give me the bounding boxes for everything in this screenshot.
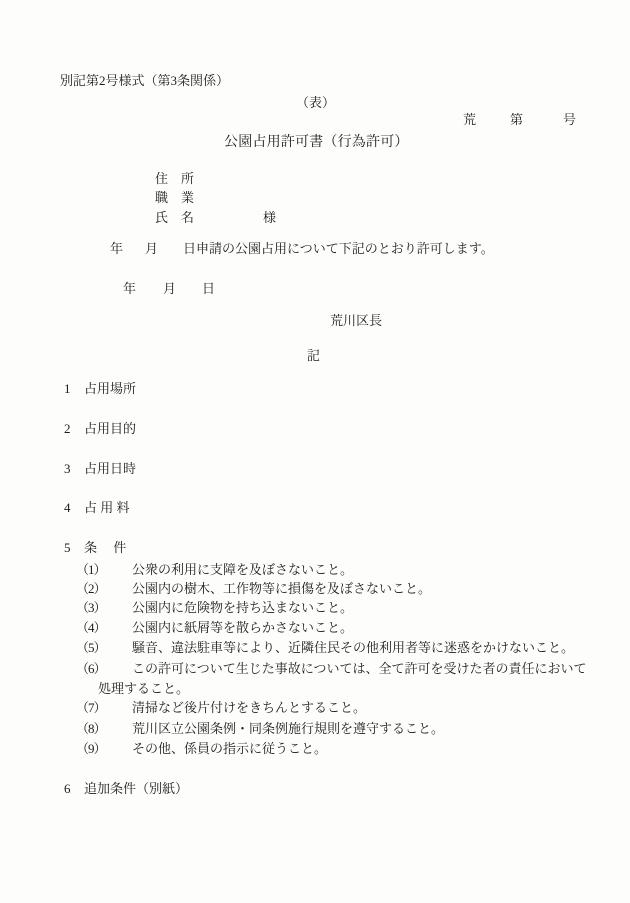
- document-number-go: 号: [563, 113, 576, 128]
- condition-row-8: （8） 荒川区立公園条例・同条例施行規則を遵守すること。: [76, 722, 444, 737]
- document-number-dai: 第: [510, 113, 523, 128]
- record-marker: 記: [307, 349, 320, 364]
- condition-text: 荒川区立公園条例・同条例施行規則を遵守すること。: [132, 722, 444, 737]
- application-year-label: 年: [110, 242, 123, 257]
- condition-number: （8）: [76, 722, 132, 737]
- condition-row-6: （6） この許可について生じた事故については、全て許可を受けた者の責任において: [76, 662, 586, 677]
- issue-day-label: 日: [202, 282, 215, 297]
- condition-text: 公園内の樹木、工作物等に損傷を及ぼさないこと。: [132, 582, 431, 597]
- condition-text: 清掃など後片付けをきちんとすること。: [132, 701, 366, 716]
- item-number: 2: [64, 422, 84, 437]
- condition-row-3: （3） 公園内に危険物を持ち込まないこと。: [76, 601, 353, 616]
- condition-number: （5）: [76, 641, 132, 656]
- condition-row-7: （7） 清掃など後片付けをきちんとすること。: [76, 701, 366, 716]
- item-label: 占用日時: [84, 462, 136, 477]
- item-label: 占 用 料: [84, 501, 130, 516]
- item-additional-conditions: 6 追加条件（別紙）: [64, 782, 188, 797]
- item-occupancy-datetime: 3 占用日時: [64, 462, 136, 477]
- condition-number: （9）: [76, 742, 132, 757]
- condition-text: 公園内に危険物を持ち込まないこと。: [132, 601, 353, 616]
- application-month-label: 月: [145, 242, 158, 257]
- condition-row-5: （5） 騒音、違法駐車等により、近隣住民その他利用者等に迷惑をかけないこと。: [76, 641, 574, 656]
- front-side-label: （表）: [296, 96, 335, 111]
- condition-row-2: （2） 公園内の樹木、工作物等に損傷を及ぼさないこと。: [76, 582, 431, 597]
- item-number: 6: [64, 782, 84, 797]
- honorific-sama: 様: [263, 211, 276, 226]
- condition-row-4: （4） 公園内に紙屑等を散らかさないこと。: [76, 621, 353, 636]
- document-page: 別記第2号様式（第3条関係） （表） 荒 第 号 公園占用許可書（行為許可） 住…: [0, 0, 630, 903]
- application-sentence-rest: 日申請の公園占用について下記のとおり許可します。: [183, 242, 494, 257]
- issue-month-label: 月: [163, 282, 176, 297]
- condition-number: （1）: [76, 563, 132, 578]
- issue-year-label: 年: [123, 282, 136, 297]
- occupation-label: 職 業: [155, 191, 194, 206]
- item-occupancy-purpose: 2 占用目的: [64, 422, 136, 437]
- item-number: 4: [64, 501, 84, 516]
- condition-text: 公衆の利用に支障を及ぼさないこと。: [132, 563, 353, 578]
- condition-number: （2）: [76, 582, 132, 597]
- address-label: 住 所: [155, 172, 194, 187]
- item-number: 3: [64, 462, 84, 477]
- item-label: 追加条件（別紙）: [84, 782, 188, 797]
- item-occupancy-fee: 4 占 用 料: [64, 501, 130, 516]
- condition-row-6-continuation: 処理すること。: [98, 682, 189, 697]
- condition-text: 公園内に紙屑等を散らかさないこと。: [132, 621, 353, 636]
- condition-text: この許可について生じた事故については、全て許可を受けた者の責任において: [132, 662, 586, 677]
- condition-number: （7）: [76, 701, 132, 716]
- condition-number: （4）: [76, 621, 132, 636]
- name-label: 氏 名: [155, 211, 194, 226]
- document-number-prefix: 荒: [463, 113, 476, 128]
- condition-number: （3）: [76, 601, 132, 616]
- issuer-name: 荒川区長: [330, 314, 382, 329]
- item-occupancy-location: 1 占用場所: [64, 382, 136, 397]
- item-conditions: 5 条 件: [64, 541, 126, 556]
- condition-row-1: （1） 公衆の利用に支障を及ぼさないこと。: [76, 563, 353, 578]
- condition-text: 騒音、違法駐車等により、近隣住民その他利用者等に迷惑をかけないこと。: [132, 641, 574, 656]
- item-number: 1: [64, 382, 84, 397]
- item-number: 5: [64, 541, 84, 556]
- condition-number: （6）: [76, 662, 132, 677]
- item-label: 占用目的: [84, 422, 136, 437]
- form-number: 別記第2号様式（第3条関係）: [60, 74, 229, 89]
- condition-row-9: （9） その他、係員の指示に従うこと。: [76, 742, 327, 757]
- item-label: 条 件: [84, 541, 126, 556]
- document-title: 公園占用許可書（行為許可）: [224, 135, 409, 151]
- item-label: 占用場所: [84, 382, 136, 397]
- condition-text: その他、係員の指示に従うこと。: [132, 742, 327, 757]
